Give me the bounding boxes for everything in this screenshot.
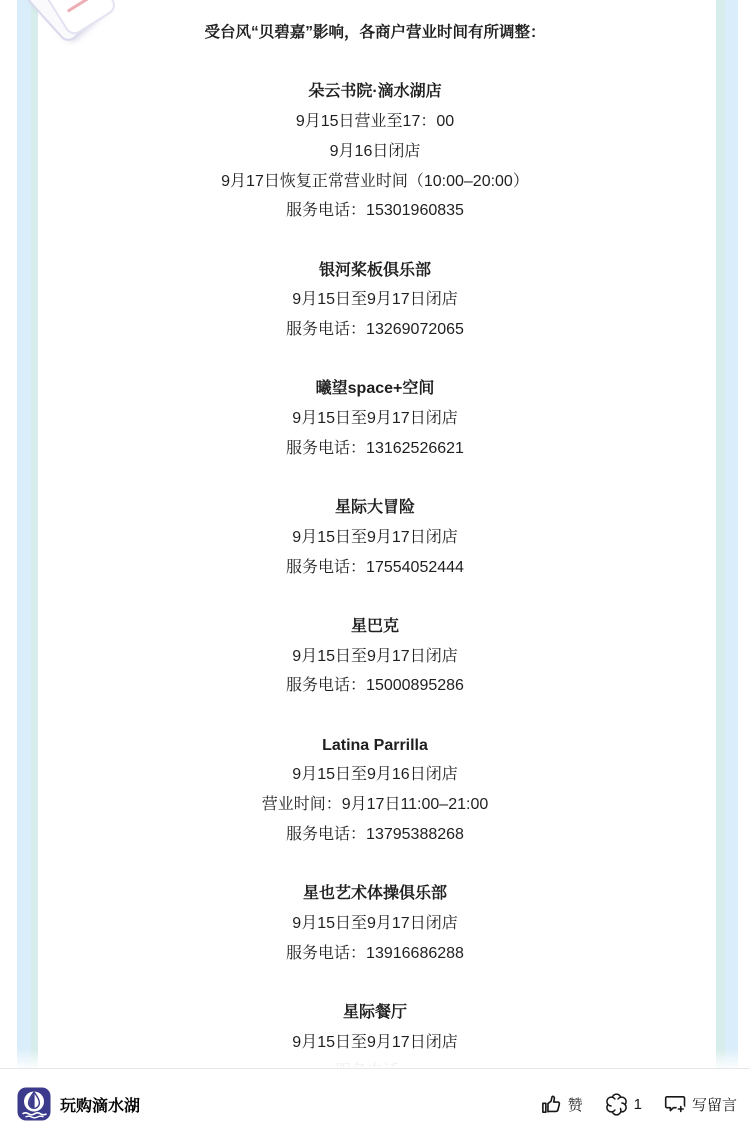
article-body: 受台风“贝碧嘉”影响，各商户营业时间有所调整： 朵云书院·滴水湖店 9月15日营…	[0, 0, 750, 1068]
article-content: 受台风“贝碧嘉”影响，各商户营业时间有所调整： 朵云书院·滴水湖店 9月15日营…	[36, 0, 714, 1067]
like-label: 赞	[568, 1094, 583, 1115]
right-blue-strip	[725, 0, 738, 1068]
comment-label: 写留言	[692, 1094, 737, 1115]
typhoon-notice: 受台风“贝碧嘉”影响，各商户营业时间有所调整：	[36, 18, 714, 48]
shop-name: 星际餐厅	[36, 998, 714, 1028]
shop-section: Latina Parrilla 9月15日至9月16日闭店营业时间：9月17日1…	[36, 731, 714, 850]
wow-count: 1	[634, 1096, 642, 1113]
left-blue-strip	[17, 0, 31, 1068]
shop-section: 曦望space+空间 9月15日至9月17日闭店服务电话：13162526621	[36, 374, 714, 463]
shop-info-line: 服务电话：13162526621	[36, 434, 714, 464]
shop-info-line: 9月15日至9月17日闭店	[36, 909, 714, 939]
shop-info-line: 服务电话：15000895286	[36, 671, 714, 701]
footer-toolbar: 玩购滴水湖 赞	[0, 1069, 750, 1129]
shop-section: 星也艺术体操俱乐部 9月15日至9月17日闭店服务电话：13916686288	[36, 879, 714, 968]
shop-info-line: 服务电话：13795388268	[36, 820, 714, 850]
shop-section: 朵云书院·滴水湖店 9月15日营业至17：009月16日闭店9月17日恢复正常营…	[36, 77, 714, 226]
comment-button[interactable]: 写留言	[663, 1092, 737, 1116]
shop-info-line: 9月15日至9月16日闭店	[36, 760, 714, 790]
thumbs-up-icon	[540, 1093, 563, 1116]
like-button[interactable]: 赞	[540, 1093, 583, 1116]
wechat-article-page: 受台风“贝碧嘉”影响，各商户营业时间有所调整： 朵云书院·滴水湖店 9月15日营…	[0, 0, 750, 1129]
shop-info-line: 9月15日至9月17日闭店	[36, 404, 714, 434]
shop-section: 银河桨板俱乐部 9月15日至9月17日闭店服务电话：13269072065	[36, 256, 714, 345]
shop-info-line: 9月15日至9月17日闭店	[36, 642, 714, 672]
shop-info-line: 服务电话：13269072065	[36, 315, 714, 345]
shop-list: 朵云书院·滴水湖店 9月15日营业至17：009月16日闭店9月17日恢复正常营…	[36, 77, 714, 1067]
shop-info-line: 9月17日恢复正常营业时间（10:00–20:00）	[36, 167, 714, 197]
article-actions: 赞 1	[540, 1092, 737, 1117]
shop-name: Latina Parrilla	[36, 731, 714, 761]
wow-button[interactable]: 1	[604, 1092, 642, 1117]
account-link[interactable]: 玩购滴水湖	[17, 1087, 140, 1121]
shop-section: 星际大冒险 9月15日至9月17日闭店服务电话：17554052444	[36, 493, 714, 582]
shop-name: 朵云书院·滴水湖店	[36, 77, 714, 107]
right-teal-strip	[716, 0, 725, 1068]
shop-info-line: 服务电话：15301960835	[36, 196, 714, 226]
shop-info-line: 9月16日闭店	[36, 137, 714, 167]
shop-info-line: 9月15日营业至17：00	[36, 107, 714, 137]
bottom-fade-overlay	[0, 1048, 750, 1068]
shop-section: 星巴克 9月15日至9月17日闭店服务电话：15000895286	[36, 612, 714, 701]
comment-bubble-plus-icon	[663, 1092, 687, 1116]
shop-info-line: 9月15日至9月17日闭店	[36, 285, 714, 315]
shop-name: 曦望space+空间	[36, 374, 714, 404]
shop-name: 银河桨板俱乐部	[36, 256, 714, 286]
shop-name: 星巴克	[36, 612, 714, 642]
sailboat-drop-logo	[17, 1087, 51, 1121]
shop-info-line: 营业时间：9月17日11:00–21:00	[36, 790, 714, 820]
shop-name: 星际大冒险	[36, 493, 714, 523]
shop-info-line: 服务电话：13916686288	[36, 939, 714, 969]
shop-name: 星也艺术体操俱乐部	[36, 879, 714, 909]
account-name: 玩购滴水湖	[60, 1093, 140, 1116]
shop-info-line: 9月15日至9月17日闭店	[36, 523, 714, 553]
flower-wow-icon	[604, 1092, 629, 1117]
shop-info-line: 服务电话：17554052444	[36, 553, 714, 583]
